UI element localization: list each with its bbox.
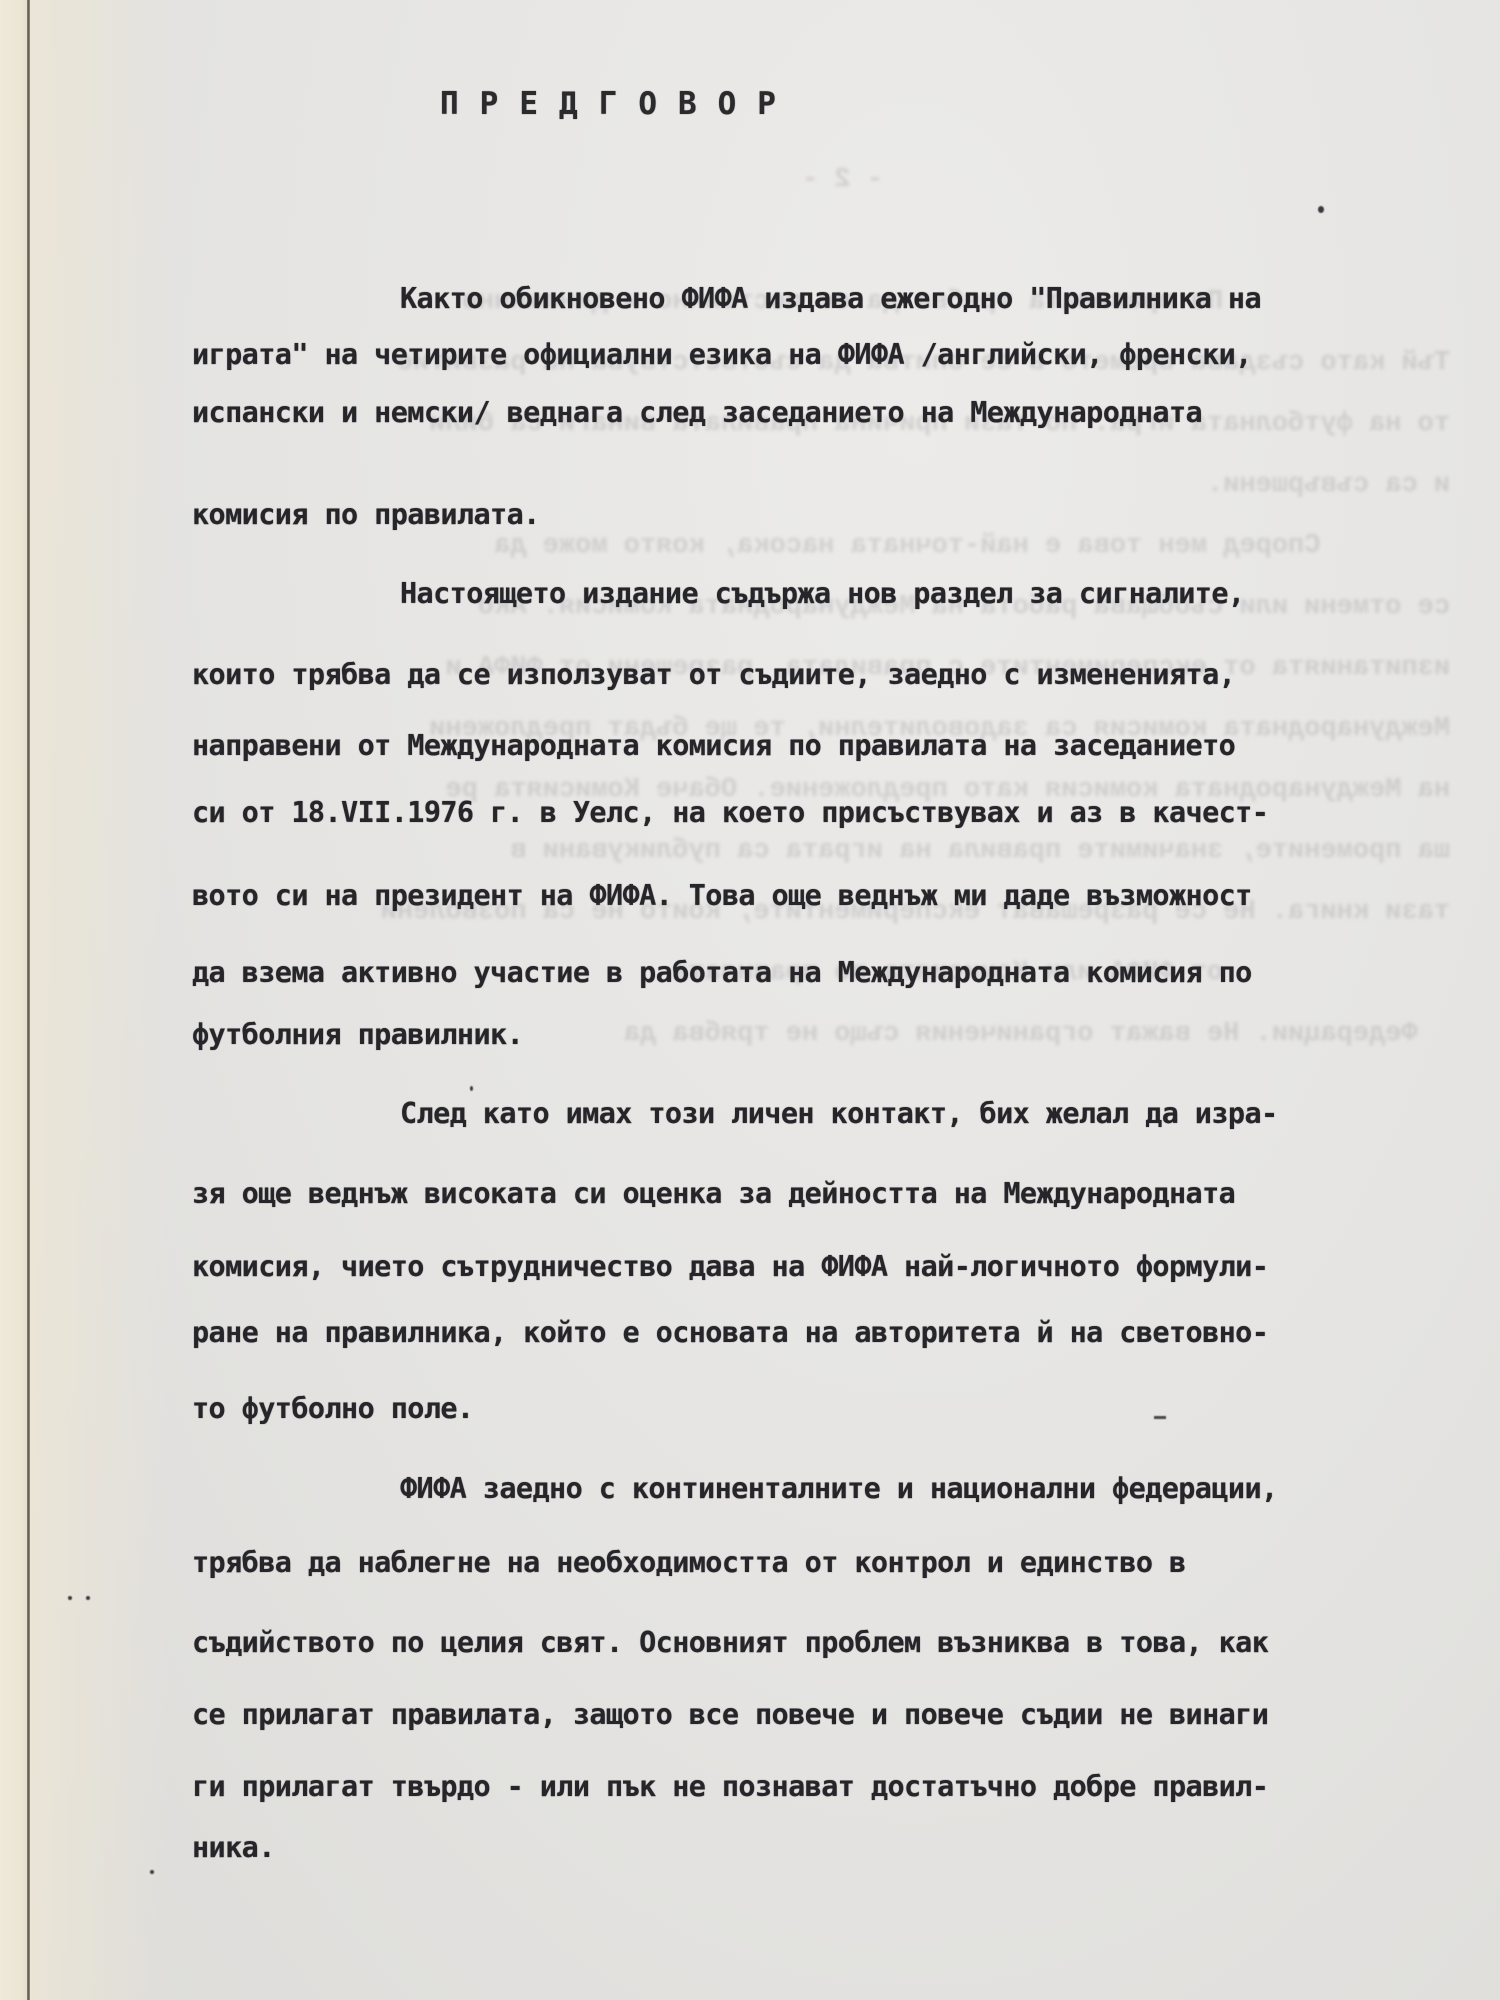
text-line: ФИФА заедно с континенталните и национал… (400, 1472, 1278, 1505)
text-line: Настоящето издание съдържа нов раздел за… (400, 577, 1244, 610)
text-line: ги прилагат твърдо - или пък не познават… (192, 1770, 1268, 1803)
text-line: футболния правилник. (192, 1018, 523, 1051)
adjacent-page-edge (0, 0, 28, 2000)
ink-speck (470, 1086, 473, 1091)
text-line: да взема активно участие в работата на М… (192, 956, 1252, 989)
text-line: испански и немски/ веднага след заседани… (192, 396, 1202, 429)
text-line: вото си на президент на ФИФА. Това още в… (192, 879, 1252, 912)
ink-speck (86, 1596, 90, 1600)
text-line: След като имах този личен контакт, бих ж… (400, 1097, 1278, 1130)
ink-speck (150, 1870, 154, 1874)
text-line: то футболно поле. (192, 1392, 474, 1425)
ink-speck (1318, 206, 1324, 213)
text-line: направени от Международната комисия по п… (192, 729, 1235, 762)
text-line: ране на правилника, който е основата на … (192, 1316, 1268, 1349)
text-line: Както обикновено ФИФА издава ежегодно "П… (400, 282, 1261, 315)
stray-dash-mark (1154, 1416, 1166, 1419)
text-line: трябва да наблегне на необходимостта от … (192, 1546, 1186, 1579)
page-title: ПРЕДГОВОР (440, 86, 797, 122)
text-line: се прилагат правилата, защото все повече… (192, 1698, 1268, 1731)
text-line: комисия по правилата. (192, 498, 540, 531)
text-line: комисия, чието сътрудничество дава на ФИ… (192, 1250, 1268, 1283)
ink-speck (68, 1596, 72, 1600)
text-line: които трябва да се използуват от съдиите… (192, 658, 1235, 691)
text-line: зя още веднъж високата си оценка за дейн… (192, 1177, 1235, 1210)
text-line: играта" на четирите официални езика на Ф… (192, 338, 1252, 371)
text-line: ника. (192, 1831, 275, 1864)
text-line: си от 18.VII.1976 г. в Уелс, на което пр… (192, 796, 1268, 829)
text-line: съдийството по целия свят. Основният про… (192, 1626, 1268, 1659)
typewritten-page: - 2 - По правилата трябва да се постоянн… (30, 0, 1500, 2000)
